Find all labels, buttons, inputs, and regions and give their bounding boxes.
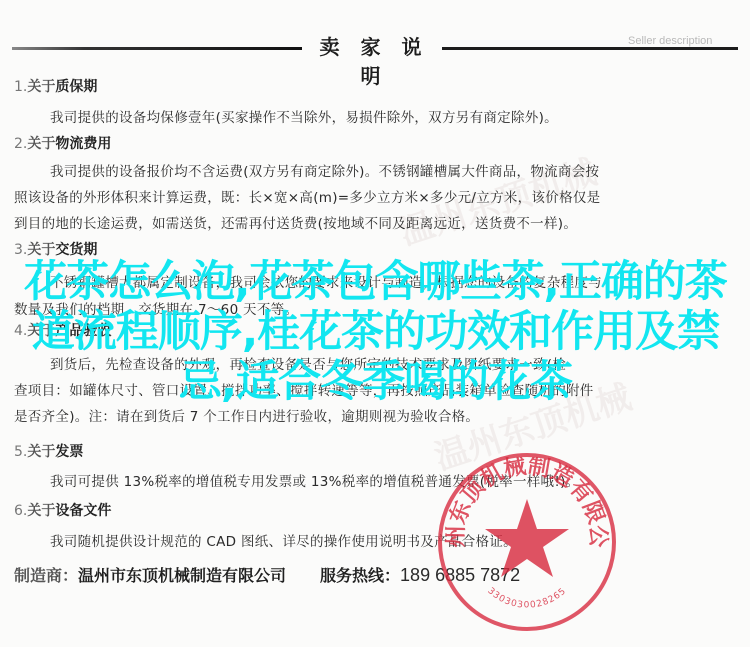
section-prefix: 关于 [27, 444, 55, 460]
section-prefix: 关于 [27, 503, 55, 519]
manufacturer-name: 温州市东顶机械制造有限公司 [78, 566, 286, 585]
section-6-heading: 6.关于设备文件 [14, 500, 111, 520]
section-4-line: 是否齐全)。注：请在到货后 7 个工作日内进行验收，逾期则视为验收合格。 [14, 405, 479, 425]
page-subtitle: Seller description [628, 35, 712, 47]
page-title: 卖 家 说 明 [310, 31, 438, 89]
section-number: 1. [14, 79, 27, 95]
section-title: 质保期 [55, 79, 97, 95]
section-number: 5. [14, 444, 27, 460]
section-5-heading: 5.关于发票 [14, 441, 83, 461]
section-title: 交货期 [55, 242, 97, 258]
manufacturer-info: 制造商：温州市东顶机械制造有限公司服务热线：189 6885 7872 [14, 563, 520, 586]
header-rule-right [442, 47, 738, 50]
section-2-line: 照该设备的外形体积来计算运费，既：长×宽×高(m)=多少立方米×多少元/立方米，… [14, 186, 600, 206]
stamp-code: 3303030028265 [485, 586, 568, 610]
section-prefix: 关于 [27, 242, 55, 258]
section-2-line: 到目的地的长途运费，如需送货，还需再付送货费(按地域不同及距离远近，送货费不一样… [14, 212, 577, 232]
section-5-line: 我司可提供 13%税率的增值税专用发票或 13%税率的增值税普通发票(税率一样哦… [50, 470, 579, 490]
section-number: 2. [14, 136, 27, 152]
section-number: 6. [14, 503, 27, 519]
header-rule-left [12, 47, 302, 50]
section-prefix: 关于 [27, 79, 55, 95]
section-number: 3. [14, 242, 27, 258]
section-2-heading: 2.关于物流费用 [14, 133, 111, 153]
section-prefix: 关于 [27, 136, 55, 152]
section-3-heading: 3.关于交货期 [14, 239, 97, 259]
svg-text:3303030028265: 3303030028265 [485, 586, 568, 610]
section-6-line: 我司随机提供设计规范的 CAD 图纸、详尽的操作使用说明书及产品合格证。 [50, 530, 517, 550]
hotline-number: 189 6885 7872 [400, 565, 520, 585]
section-1-line: 我司提供的设备均保修壹年(买家操作不当除外，易损件除外，双方另有商定除外)。 [50, 106, 558, 126]
hotline-label: 服务热线： [320, 566, 400, 585]
manufacturer-label: 制造商： [14, 566, 78, 585]
section-1-heading: 1.关于质保期 [14, 76, 97, 96]
overlay-headline: 花茶怎么泡,花茶包含哪些茶,正确的茶道流程顺序,桂花茶的功效和作用及禁忌,适合冬… [8, 257, 743, 407]
section-title: 发票 [55, 444, 83, 460]
section-title: 设备文件 [55, 503, 111, 519]
seller-description-document: 卖 家 说 明 Seller description 温州东顶机械 温州东顶机械… [0, 0, 750, 647]
section-title: 物流费用 [55, 136, 111, 152]
section-2-line: 我司提供的设备报价均不含运费(双方另有商定除外)。不锈钢罐槽属大件商品，物流商会… [50, 160, 599, 180]
